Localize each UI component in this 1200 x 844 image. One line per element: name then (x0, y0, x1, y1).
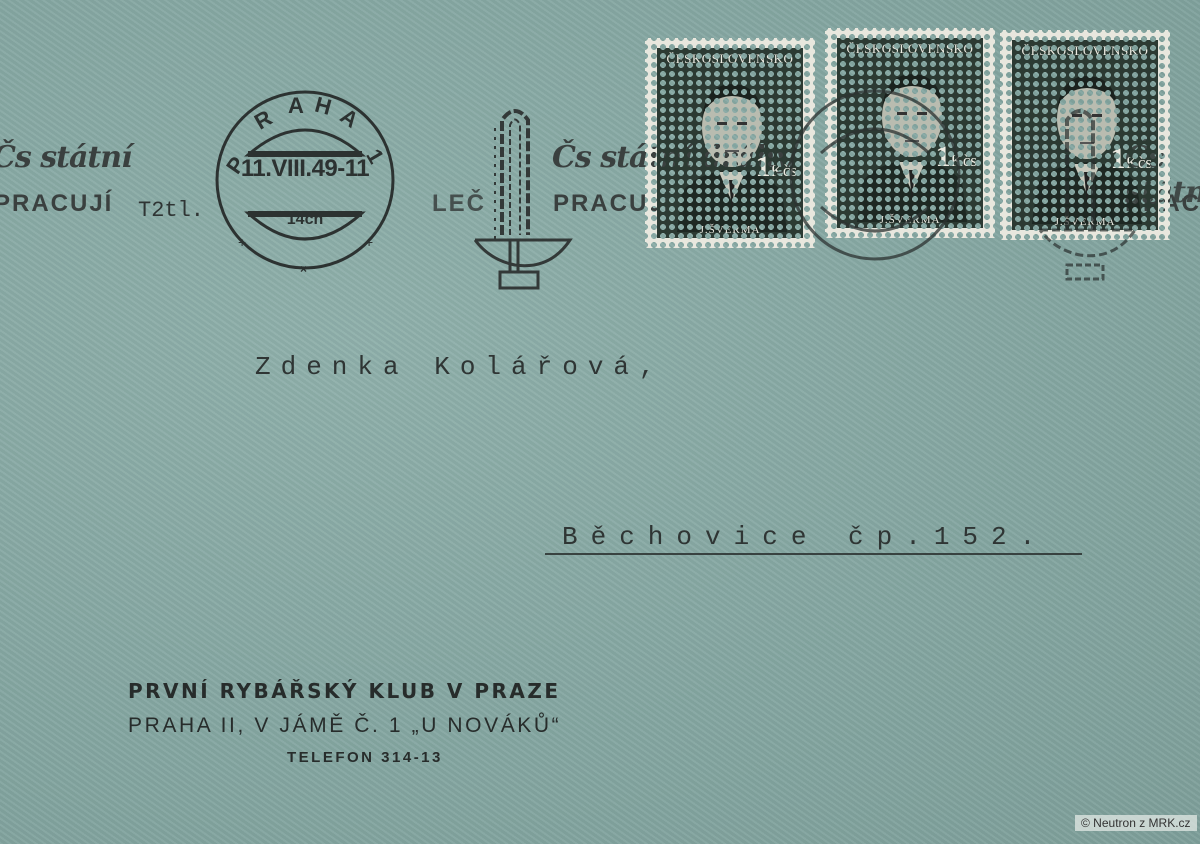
postmark-praha: P R A H A 1 + + × 11.VIII.49-11 14ch (210, 85, 400, 275)
typed-postage-note: T2tl. (138, 198, 204, 223)
svg-text:A: A (288, 93, 304, 118)
recipient-name: Zdenka Kolářová, (255, 352, 665, 382)
sender-name: PRVNÍ RYBÁŘSKÝ KLUB V PRAZE (128, 679, 561, 703)
stamp-name: J.ŠVERMA (657, 224, 803, 236)
stamp-country: ČESKOSLOVENSKO (657, 51, 803, 67)
postmark-time: 14ch (210, 211, 400, 229)
address-underline (545, 553, 1082, 555)
postmark-praha-overlay (785, 85, 965, 265)
torch-emblem-overlay-icon (1035, 100, 1145, 290)
image-credit: © Neutron z MRK.cz (1075, 815, 1197, 831)
stamp-country: ČESKOSLOVENSKO (1012, 43, 1158, 59)
svg-text:+: + (238, 234, 246, 250)
cancel-slogan-caps-left: PRACUJÍ (0, 190, 113, 218)
cancel-slogan-script-left: Čs státní (0, 140, 131, 175)
postmark-date: 11.VIII.49-11 (210, 155, 400, 183)
svg-text:×: × (300, 262, 307, 275)
recipient-address: Běchovice čp.152. (562, 522, 1048, 552)
sender-address: PRAHA II, V JÁMĚ Č. 1 „U NOVÁKŮ“ (128, 714, 561, 738)
svg-text:A: A (336, 103, 363, 133)
svg-text:H: H (312, 92, 334, 120)
postmark-circle-icon (785, 85, 965, 265)
sender-phone: TELEFON 314-13 (287, 749, 443, 766)
stamp-country: ČESKOSLOVENSKO (837, 41, 983, 57)
svg-text:+: + (365, 234, 373, 250)
